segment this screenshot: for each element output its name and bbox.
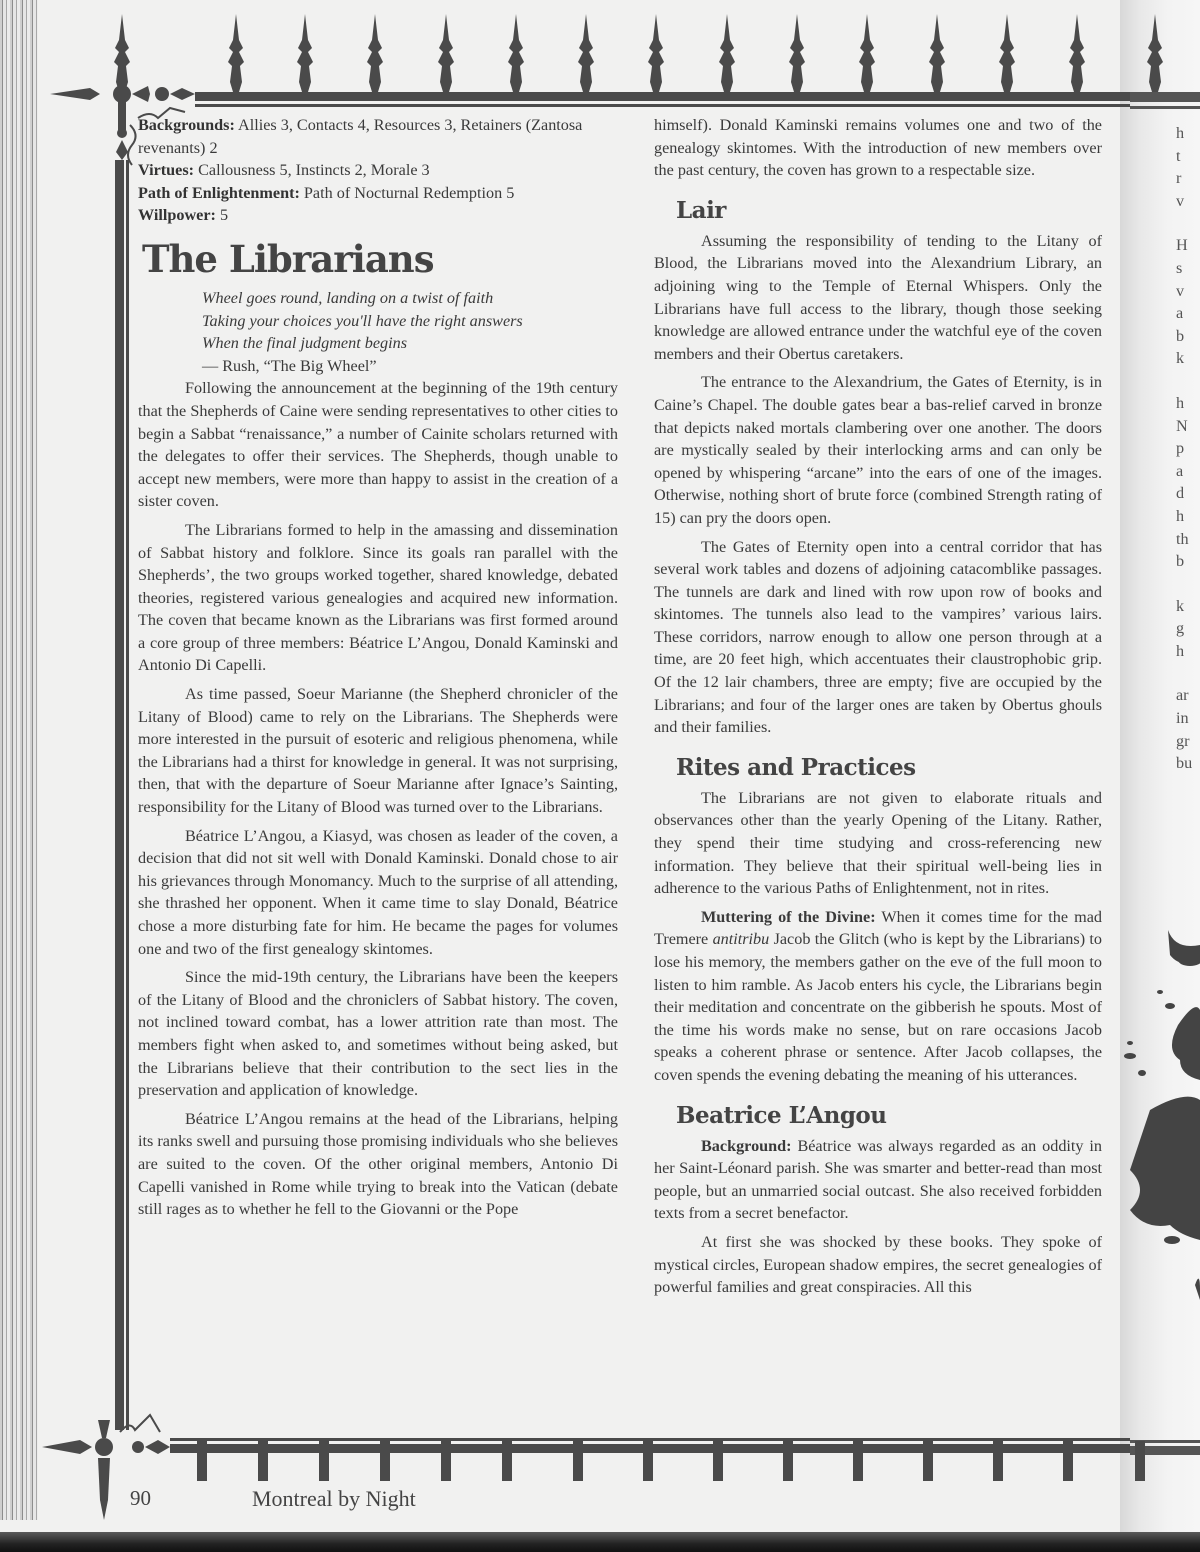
body-paragraph: At first she was shocked by these books.… xyxy=(654,1231,1102,1299)
stat-backgrounds: Backgrounds: Allies 3, Contacts 4, Resou… xyxy=(138,114,618,159)
background-label: Background: xyxy=(701,1137,792,1155)
next-page-text-fragment: h t r v H s v a b k h N p a d h th b k g… xyxy=(1176,122,1200,775)
rite-label: Muttering of the Divine: xyxy=(701,908,876,926)
top-spikes-icon xyxy=(114,14,1163,92)
stat-label: Virtues: xyxy=(138,161,194,179)
body-paragraph-background: Background: Béatrice was always regarded… xyxy=(654,1135,1102,1225)
stat-virtues: Virtues: Callousness 5, Instincts 2, Mor… xyxy=(138,159,618,182)
stat-willpower: Willpower: 5 xyxy=(138,204,618,227)
body-paragraph: The Librarians formed to help in the ama… xyxy=(138,519,618,677)
stat-label: Willpower: xyxy=(138,206,216,224)
running-footer-title: Montreal by Night xyxy=(252,1486,416,1512)
body-paragraph: Following the announcement at the beginn… xyxy=(138,377,618,513)
stat-value: Callousness 5, Instincts 2, Morale 3 xyxy=(194,161,430,179)
stat-label: Backgrounds: xyxy=(138,116,235,134)
body-paragraph: The Librarians are not given to elaborat… xyxy=(654,787,1102,900)
epigraph-line: Wheel goes round, landing on a twist of … xyxy=(202,287,618,310)
stat-path: Path of Enlightenment: Path of Nocturnal… xyxy=(138,182,618,205)
body-paragraph-muttering: Muttering of the Divine: When it comes t… xyxy=(654,906,1102,1087)
section-title: The Librarians xyxy=(142,237,618,281)
body-paragraph: The Gates of Eternity open into a centra… xyxy=(654,536,1102,739)
body-paragraph: Since the mid-19th century, the Libraria… xyxy=(138,966,618,1102)
body-paragraph: Assuming the responsibility of tending t… xyxy=(654,230,1102,366)
book-bottom-shadow xyxy=(0,1532,1200,1552)
stat-label: Path of Enlightenment: xyxy=(138,184,300,202)
epigraph-line: Taking your choices you'll have the righ… xyxy=(202,310,618,333)
body-paragraph: As time passed, Soeur Marianne (the Shep… xyxy=(138,683,618,819)
subsection-title-beatrice: Beatrice L’Angou xyxy=(676,1101,1102,1131)
page-number: 90 xyxy=(130,1486,151,1511)
right-column: himself). Donald Kaminski remains volume… xyxy=(654,114,1102,1299)
body-paragraph: Béatrice L’Angou, a Kiasyd, was chosen a… xyxy=(138,825,618,961)
left-column: Backgrounds: Allies 3, Contacts 4, Resou… xyxy=(138,114,618,1221)
epigraph-line: When the final judgment begins xyxy=(202,332,618,355)
body-paragraph-continuation: himself). Donald Kaminski remains volume… xyxy=(654,114,1102,182)
stat-value: Path of Nocturnal Redemption 5 xyxy=(300,184,514,202)
body-paragraph: The entrance to the Alexandrium, the Gat… xyxy=(654,371,1102,529)
stat-value: 5 xyxy=(216,206,228,224)
epigraph-attribution: — Rush, “The Big Wheel” xyxy=(202,355,618,378)
subsection-title-lair: Lair xyxy=(676,196,1102,226)
subsection-title-rites: Rites and Practices xyxy=(676,753,1102,783)
italic-term: antitribu xyxy=(713,930,770,948)
body-paragraph: Béatrice L’Angou remains at the head of … xyxy=(138,1108,618,1221)
ink-splatter-decoration xyxy=(1124,930,1200,1300)
